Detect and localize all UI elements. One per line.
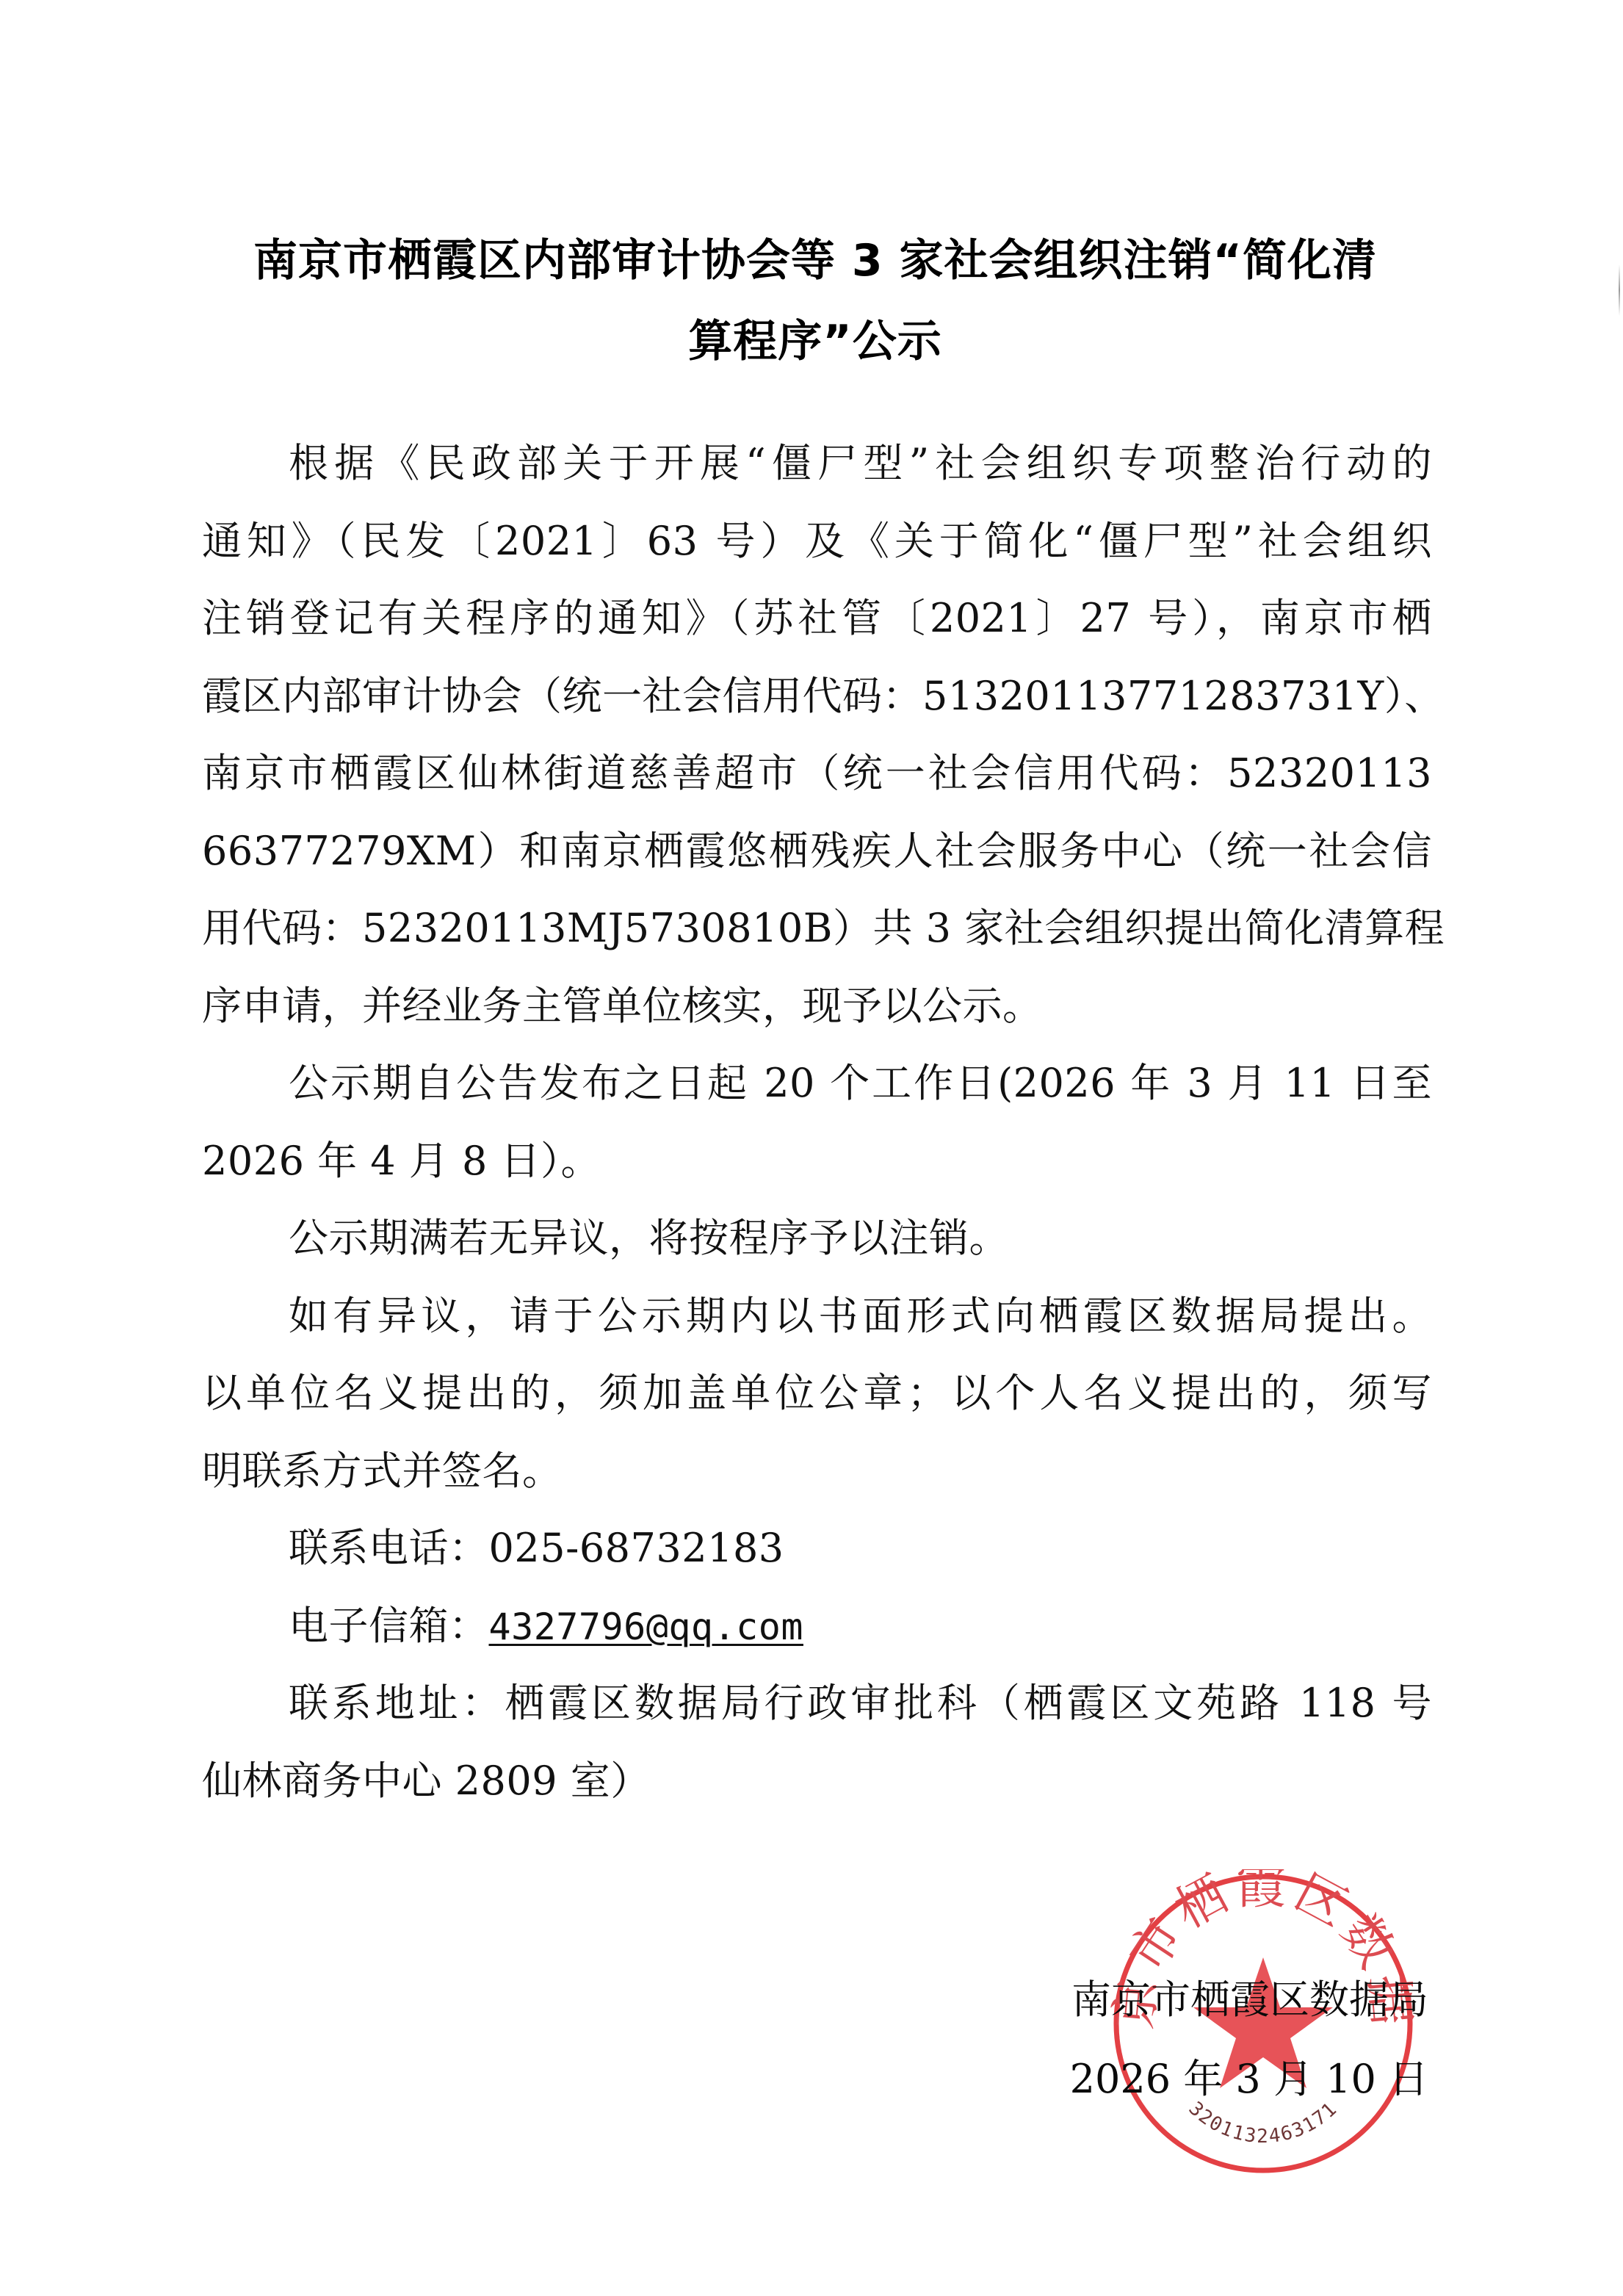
text-line: 66377279XM）和南京栖霞悠栖残疾人社会服务中心（统一社会信 [202,812,1432,890]
text-line: 明联系方式并签名。 [202,1432,1432,1510]
text-line: 联系电话：025-68732183 [202,1509,1432,1587]
paragraph-objection: 如有异议，请于公示期内以书面形式向栖霞区数据局提出。 以单位名义提出的，须加盖单… [202,1277,1432,1510]
svg-text:3201132463171: 3201132463171 [1185,2098,1342,2148]
text-line: 霞区内部审计协会（统一社会信用代码：51320113771283731Y）、 [202,657,1432,735]
text-line: 南京市栖霞区仙林街道慈善超市（统一社会信用代码：52320113 [202,734,1432,812]
text-line: 2026 年 4 月 8 日）。 [202,1122,1432,1200]
scan-edge-artifact [1619,264,1620,316]
title-line-2: 算程序”公示 [191,301,1439,382]
address-label: 联系地址： [289,1680,505,1726]
address-line-2: 仙林商务中心 2809 室） [202,1742,1432,1820]
paragraph-period: 公示期自公告发布之日起 20 个工作日(2026 年 3 月 11 日至 202… [202,1044,1432,1199]
text-line: 序申请，并经业务主管单位核实，现予以公示。 [202,967,1432,1045]
paragraph-basis: 根据《民政部关于开展“僵尸型”社会组织专项整治行动的 通知》（民发〔2021〕6… [202,425,1432,1044]
contact-address: 联系地址：栖霞区数据局行政审批科（栖霞区文苑路 118 号 仙林商务中心 280… [202,1664,1432,1819]
document-body: 根据《民政部关于开展“僵尸型”社会组织专项整治行动的 通知》（民发〔2021〕6… [202,425,1432,1819]
address-line-1: 栖霞区数据局行政审批科（栖霞区文苑路 118 号 [505,1680,1432,1726]
email-label: 电子信箱： [289,1603,489,1649]
document-page: 南京市栖霞区内部审计协会等 3 家社会组织注销“简化清 算程序”公示 根据《民政… [0,0,1623,2296]
signature-organization: 南京市栖霞区数据局 [1071,1968,1428,2025]
text-line: 以单位名义提出的，须加盖单位公章；以个人名义提出的，须写 [202,1354,1432,1432]
text-line: 根据《民政部关于开展“僵尸型”社会组织专项整治行动的 [202,425,1432,502]
text-line: 电子信箱：4327796@qq.com [202,1587,1432,1665]
title-line-1: 南京市栖霞区内部审计协会等 3 家社会组织注销“简化清 [191,220,1439,301]
text-line: 公示期满若无异议，将按程序予以注销。 [202,1199,1432,1277]
text-line: 注销登记有关程序的通知》（苏社管〔2021〕27 号），南京市栖 [202,580,1432,657]
text-line: 公示期自公告发布之日起 20 个工作日(2026 年 3 月 11 日至 [202,1044,1432,1122]
text-line: 通知》（民发〔2021〕63 号）及《关于简化“僵尸型”社会组织 [202,502,1432,580]
contact-phone: 联系电话：025-68732183 [202,1509,1432,1587]
text-line: 如有异议，请于公示期内以书面形式向栖霞区数据局提出。 [202,1277,1432,1355]
text-line: 用代码：52320113MJ5730810B）共 3 家社会组织提出简化清算程 [202,889,1432,967]
document-title: 南京市栖霞区内部审计协会等 3 家社会组织注销“简化清 算程序”公示 [191,220,1439,382]
text-line: 联系地址：栖霞区数据局行政审批科（栖霞区文苑路 118 号 [202,1664,1432,1742]
phone-number: 025-68732183 [489,1525,784,1571]
signature-date: 2026 年 3 月 10 日 [1070,2048,1428,2104]
paragraph-no-objection: 公示期满若无异议，将按程序予以注销。 [202,1199,1432,1277]
phone-label: 联系电话： [289,1525,489,1571]
seal-code: 3201132463171 [1185,2098,1342,2148]
email-link[interactable]: 4327796@qq.com [489,1606,803,1648]
contact-email: 电子信箱：4327796@qq.com [202,1587,1432,1665]
